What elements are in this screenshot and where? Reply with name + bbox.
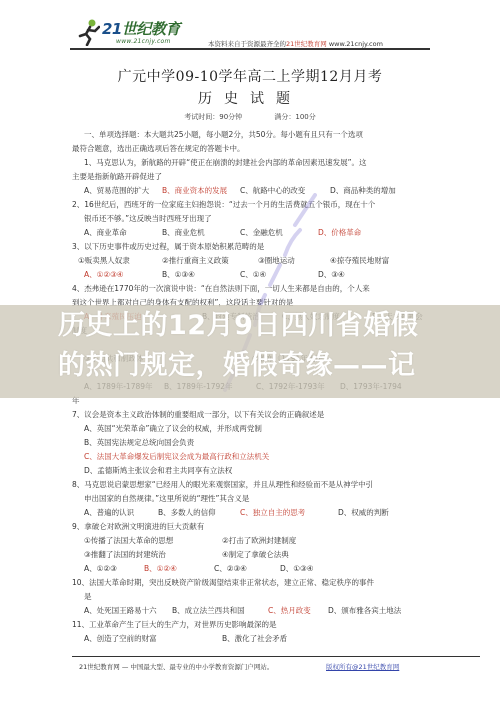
question-line: B、商业危机 [162, 226, 205, 240]
question-line: A、①②③ [84, 562, 117, 576]
question-line: A、①②③④ [84, 268, 124, 282]
question-line: 银币还不够。”这反映当时西班牙出现了 [84, 212, 212, 226]
question-line: 10、法国大革命时期，突出反映资产阶级渴望结束非正常状态，建立正常、稳定秩序的事… [72, 576, 374, 590]
question-line: C、①④ [240, 268, 266, 282]
question-line: ④掠夺殖民地财富 [330, 254, 389, 268]
question-line: C、②③④ [214, 562, 247, 576]
question-line: B、①③④ [162, 268, 195, 282]
question-line: B、英国宪法规定总统向国会负责 [84, 436, 194, 450]
article-title-line-1: 历史上的12月9日四川省婚假 [58, 306, 498, 346]
question-line: ③圈地运动 [258, 254, 295, 268]
question-line: B、成立法兰西共和国 [172, 604, 245, 618]
exam-document-page: 21世纪教育 www.21cnjy.com 本资料来自于资源最齐全的21世纪教育… [0, 0, 500, 707]
question-line: 7、议会是资本主义政治体制的重要组成一部分，以下有关议会的正确叙述是 [72, 408, 324, 422]
question-line: C、航路中心的改变 [240, 184, 305, 198]
question-line: D、商品种类的增加 [330, 184, 396, 198]
question-line: A、普遍的认识 [84, 506, 134, 520]
question-line: D、颁布雅各宾土地法 [328, 604, 401, 618]
question-line: 11、工业革命产生了巨大的生产力，对世界历史影响最深的是 [72, 618, 277, 632]
footer-divider [72, 656, 480, 657]
article-title-line-2: 的热门规定，婚假奇缘——记 [58, 346, 498, 386]
question-line: D、①③④ [280, 562, 313, 576]
question-line: A、英国“光荣革命”确立了议会的权威，并形成两党制 [84, 422, 262, 436]
question-line: 最符合题意，选出正确选项后答在规定的答题卡中。 [72, 142, 245, 156]
question-line: A、贸易范围的扩大 [84, 184, 149, 198]
question-line: C、独立自主的思考 [240, 506, 305, 520]
article-title: 历史上的12月9日四川省婚假 的热门规定，婚假奇缘——记 [58, 306, 498, 386]
question-line: A、商业革命 [84, 226, 127, 240]
question-line: A、处死国王路易十六 [84, 604, 157, 618]
question-line: 8、马克思说启蒙思想家“已经用人的眼光来观察国家，并且从理性和经验而不是从神学中… [72, 478, 373, 492]
footer-slogan: 21世纪教育网 — 中国最大型、最专业的中小学教育资源门户网站。 [79, 662, 273, 671]
question-line: 主要是指新航路开辟促进了 [72, 170, 162, 184]
question-line: 2、16世纪后，西班牙的一位家庭主妇抱怨说：“过去一个月的生活费就五个银币，现在… [72, 198, 375, 212]
question-line: D、孟德斯鸠主张议会和君主共同享有立法权 [84, 464, 232, 478]
question-line: ④制定了拿破仑法典 [222, 548, 289, 562]
question-line: 9、拿破仑对欧洲文明演进的巨大贡献有 [72, 520, 204, 534]
question-line: ②打击了欧洲封建制度 [222, 534, 296, 548]
question-line: 1、马克思认为，新航路的开辟“使正在崩溃的封建社会内部的革命因素迅速发展”。这 [84, 156, 367, 170]
question-line: 4、杰弗逊在1770年的一次演说中说：“在自然法则下面，一切人生来都是自由的，个… [72, 282, 370, 296]
question-line: 申出国家的自然规律。”这里所说的“理性”其含义是 [84, 492, 249, 506]
question-line: C、法国大革命爆发后制宪议会成为最高行政和立法机关 [84, 450, 269, 464]
question-line: 是 [84, 590, 92, 604]
question-line: B、激化了社会矛盾 [222, 632, 287, 646]
question-line: 3、以下历史事件或历史过程，属于资本原始积累范畴的是 [72, 240, 264, 254]
question-line: D、价格革命 [318, 226, 361, 240]
question-line: ①传播了法国大革命的思想 [84, 534, 173, 548]
question-line: 一、单项选择题：本大题共25小题，每小题2分，共50分。每小题有且只有一个选项 [84, 128, 363, 142]
question-line: D、③④ [318, 268, 345, 282]
question-line: D、权威的判断 [338, 506, 389, 520]
question-line: B、①②④ [144, 562, 177, 576]
footer-copyright-link[interactable]: 版权所有@21世纪教育网 [326, 662, 399, 671]
question-line: B、多数人的信仰 [158, 506, 216, 520]
question-line: ①贩卖黑人奴隶 [78, 254, 130, 268]
question-line: B、商业资本的发展 [162, 184, 227, 198]
question-line: C、热月政变 [268, 604, 311, 618]
question-line: ③推翻了法国的封建统治 [84, 548, 166, 562]
question-line: C、金融危机 [240, 226, 283, 240]
question-line: A、创造了空前的财富 [84, 632, 157, 646]
question-line: ②推行重商主义政策 [162, 254, 229, 268]
